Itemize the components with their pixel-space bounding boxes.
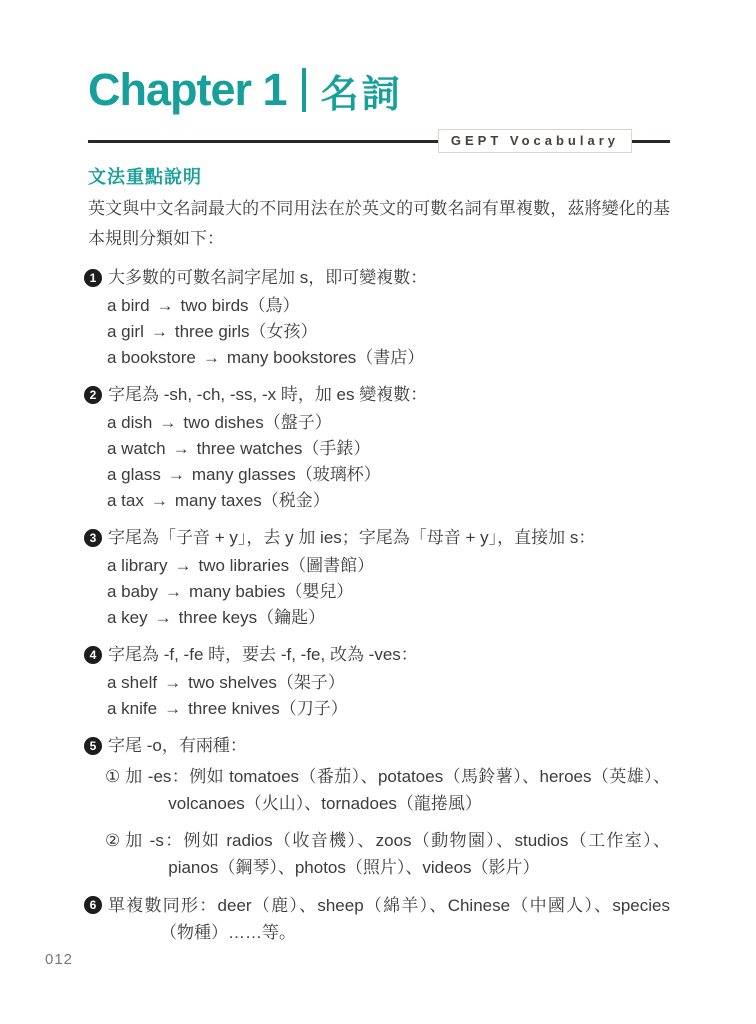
page-number: 012 — [45, 951, 73, 968]
arrow-icon: → — [157, 296, 174, 315]
subitem-list: ① 加 -es：例如 tomatoes（番茄）、potatoes（馬鈴薯）、he… — [88, 763, 670, 881]
example-line: a bookstore→many bookstores（書店） — [107, 345, 670, 371]
rule-number-badge: 4 — [84, 646, 102, 664]
arrow-icon: → — [203, 348, 220, 367]
example-line: a shelf→two shelves（架子） — [107, 670, 670, 696]
example-to: two libraries — [198, 556, 289, 575]
chapter-heading: Chapter 1 名詞 — [88, 64, 670, 116]
example-to: two shelves — [188, 673, 277, 692]
example-from: a tax — [107, 491, 144, 510]
example-line: a glass→many glasses（玻璃杯） — [107, 462, 670, 488]
header-rule-line-left — [88, 140, 438, 143]
example-line: a key→three keys（鑰匙） — [107, 605, 670, 631]
chapter-label: Chapter 1 — [88, 64, 287, 116]
example-from: a bird — [107, 296, 150, 315]
example-from: a watch — [107, 439, 166, 458]
example-line: a baby→many babies（嬰兒） — [107, 579, 670, 605]
arrow-icon: → — [173, 439, 190, 458]
example-list: a shelf→two shelves（架子） a knife→three kn… — [88, 670, 670, 722]
rule-title: 字尾為 -sh, -ch, -ss, -x 時，加 es 變複數： — [108, 382, 427, 408]
book-page: { "meta": { "chapter_label": "Chapter 1"… — [0, 0, 756, 1024]
intro-paragraph: 英文與中文名詞最大的不同用法在於英文的可數名詞有單複數，茲將變化的基本規則分類如… — [88, 194, 670, 254]
example-line: a knife→three knives（刀子） — [107, 696, 670, 722]
example-gloss: （刀子） — [280, 699, 348, 718]
example-list: a bird→two birds（鳥） a girl→three girls（女… — [88, 293, 670, 371]
rule-head: 3 字尾為「子音 + y」，去 y 加 ies；字尾為「母音 + y」，直接加 … — [88, 525, 670, 551]
page-content: Chapter 1 名詞 GEPT Vocabulary 文法重點說明 英文與中… — [88, 64, 670, 946]
arrow-icon: → — [168, 465, 185, 484]
rule-item-1: 1 大多數的可數名詞字尾加 s，即可變複數： a bird→two birds（… — [88, 265, 670, 371]
example-from: a baby — [107, 582, 158, 601]
rule-item-4: 4 字尾為 -f, -fe 時，要去 -f, -fe, 改為 -ves： a s… — [88, 642, 670, 722]
rule-head: 4 字尾為 -f, -fe 時，要去 -f, -fe, 改為 -ves： — [88, 642, 670, 668]
chapter-title: 名詞 — [321, 63, 403, 118]
arrow-icon: → — [151, 322, 168, 341]
example-to: many bookstores — [227, 348, 356, 367]
example-to: two dishes — [183, 413, 263, 432]
example-gloss: （盤子） — [264, 413, 332, 432]
example-from: a key — [107, 608, 148, 627]
rule-head: 6 單複數同形：deer（鹿）、sheep（綿羊）、Chinese（中國人）、s… — [88, 892, 670, 946]
example-gloss: （手錶） — [302, 439, 370, 458]
arrow-icon: → — [159, 413, 176, 432]
rule-number-badge: 6 — [84, 896, 102, 914]
example-gloss: （税金） — [262, 491, 330, 510]
rule-number-badge: 3 — [84, 529, 102, 547]
example-gloss: （書店） — [356, 348, 424, 367]
example-to: three knives — [188, 699, 280, 718]
example-from: a girl — [107, 322, 144, 341]
header-rule-line-right — [632, 140, 670, 143]
arrow-icon: → — [151, 491, 168, 510]
example-from: a glass — [107, 465, 161, 484]
subitem-marker: ② — [105, 827, 120, 881]
rule-number-badge: 2 — [84, 386, 102, 404]
subitem: ① 加 -es：例如 tomatoes（番茄）、potatoes（馬鈴薯）、he… — [105, 763, 670, 817]
example-gloss: （鳥） — [249, 296, 300, 315]
example-gloss: （鑰匙） — [257, 608, 325, 627]
rule-title: 大多數的可數名詞字尾加 s，即可變複數： — [108, 265, 427, 291]
arrow-icon: → — [174, 556, 191, 575]
rule-item-3: 3 字尾為「子音 + y」，去 y 加 ies；字尾為「母音 + y」，直接加 … — [88, 525, 670, 631]
arrow-icon: → — [164, 699, 181, 718]
example-to: many taxes — [175, 491, 262, 510]
example-to: two birds — [181, 296, 249, 315]
rule-title: 字尾 -o，有兩種： — [108, 733, 247, 759]
rule-item-6: 6 單複數同形：deer（鹿）、sheep（綿羊）、Chinese（中國人）、s… — [88, 892, 670, 946]
example-gloss: （圖書館） — [289, 556, 374, 575]
rule-title: 字尾為 -f, -fe 時，要去 -f, -fe, 改為 -ves： — [108, 642, 418, 668]
example-to: many glasses — [192, 465, 296, 484]
header-tag-label: GEPT Vocabulary — [438, 129, 632, 153]
example-gloss: （嬰兒） — [285, 582, 353, 601]
rule-item-5: 5 字尾 -o，有兩種： ① 加 -es：例如 tomatoes（番茄）、pot… — [88, 733, 670, 881]
example-line: a library→two libraries（圖書館） — [107, 553, 670, 579]
example-to: three keys — [179, 608, 257, 627]
example-gloss: （玻璃杯） — [296, 465, 381, 484]
subitem-text: 加 -es：例如 tomatoes（番茄）、potatoes（馬鈴薯）、hero… — [125, 763, 670, 817]
example-line: a tax→many taxes（税金） — [107, 488, 670, 514]
example-list: a library→two libraries（圖書館） a baby→many… — [88, 553, 670, 631]
example-to: three girls — [175, 322, 250, 341]
example-from: a shelf — [107, 673, 157, 692]
example-line: a bird→two birds（鳥） — [107, 293, 670, 319]
example-from: a library — [107, 556, 167, 575]
example-to: three watches — [197, 439, 303, 458]
rule-head: 1 大多數的可數名詞字尾加 s，即可變複數： — [88, 265, 670, 291]
example-gloss: （架子） — [277, 673, 345, 692]
rule-title: 單複數同形：deer（鹿）、sheep（綿羊）、Chinese（中國人）、spe… — [108, 892, 670, 946]
example-list: a dish→two dishes（盤子） a watch→three watc… — [88, 410, 670, 514]
example-line: a girl→three girls（女孩） — [107, 319, 670, 345]
rule-number-badge: 5 — [84, 737, 102, 755]
section-heading: 文法重點說明 — [88, 163, 670, 189]
arrow-icon: → — [155, 608, 172, 627]
example-from: a bookstore — [107, 348, 196, 367]
example-to: many babies — [189, 582, 285, 601]
arrow-icon: → — [164, 673, 181, 692]
example-gloss: （女孩） — [250, 322, 318, 341]
rule-head: 2 字尾為 -sh, -ch, -ss, -x 時，加 es 變複數： — [88, 382, 670, 408]
rule-number-badge: 1 — [84, 269, 102, 287]
rule-head: 5 字尾 -o，有兩種： — [88, 733, 670, 759]
example-line: a dish→two dishes（盤子） — [107, 410, 670, 436]
example-from: a dish — [107, 413, 152, 432]
title-divider — [302, 68, 306, 112]
subitem-marker: ① — [105, 763, 120, 817]
example-from: a knife — [107, 699, 157, 718]
rule-title: 字尾為「子音 + y」，去 y 加 ies；字尾為「母音 + y」，直接加 s： — [108, 525, 595, 551]
subitem: ② 加 -s：例如 radios（收音機）、zoos（動物園）、studios（… — [105, 827, 670, 881]
rule-item-2: 2 字尾為 -sh, -ch, -ss, -x 時，加 es 變複數： a di… — [88, 382, 670, 514]
header-rule: GEPT Vocabulary — [88, 129, 670, 153]
arrow-icon: → — [165, 582, 182, 601]
example-line: a watch→three watches（手錶） — [107, 436, 670, 462]
subitem-text: 加 -s：例如 radios（收音機）、zoos（動物園）、studios（工作… — [125, 827, 670, 881]
